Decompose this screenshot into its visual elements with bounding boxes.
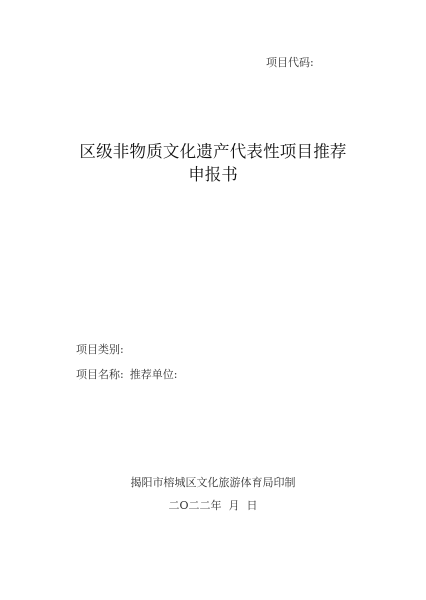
document-title-line-1: 区级非物质文化遗产代表性项目推荐 — [0, 138, 426, 162]
project-code-label: 项目代码: — [266, 54, 314, 70]
document-title-line-2: 申报书 — [0, 161, 426, 185]
issuer-text: 揭阳市榕城区文化旅游体育局印制 — [0, 474, 426, 490]
date-line: 二O二二年 月 日 — [0, 497, 426, 513]
project-name-row: 项目名称:推荐单位: — [76, 366, 177, 382]
project-category-label: 项目类别: — [76, 341, 124, 357]
project-name-label: 项目名称: — [76, 368, 124, 381]
recommending-unit-label: 推荐单位: — [130, 368, 178, 381]
